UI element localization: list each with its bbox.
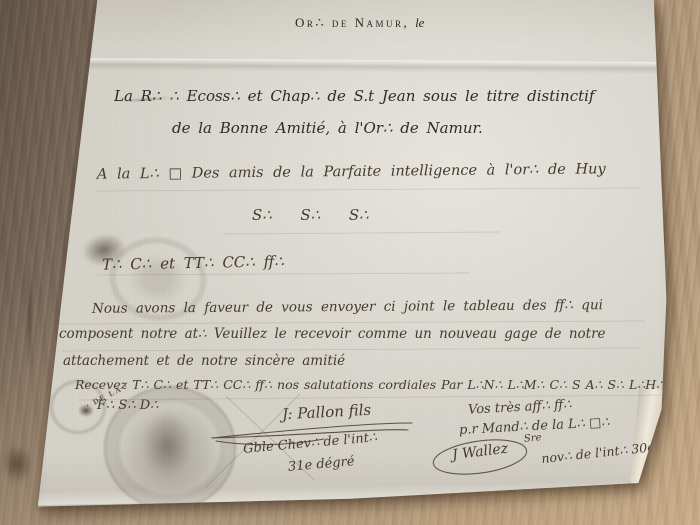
photo-canvas: { "photo": { "wood_color": "#9a8570", "p… [0,0,700,525]
letter-paper: · DE LA · [0,0,700,525]
lodge-title-line1: La R∴ ∴ Ecoss∴ et Chap∴ de S.t Jean sous… [114,87,595,105]
left-notation: F∴ S∴ D∴ [97,398,158,413]
triple-s-salutation: S∴ S∴ S∴ [252,206,369,224]
letterhead-le-text: le [415,15,424,30]
body-line-2: composent notre at∴ Veuillez le recevoir… [59,326,606,342]
printed-letterhead: Or∴ de Namur, le [295,15,424,31]
body-line-3: attachement et de notre sincère amitié [63,353,345,369]
greeting-line: T∴ C∴ et TT∴ CC∴ ff∴ [102,252,284,273]
lodge-title-line2: de la Bonne Amitié, à l'Or∴ de Namur. [172,119,483,137]
letterhead-orient-text: Or∴ de Namur, [295,15,409,30]
paper-shadow-wrapper: · DE LA · [0,0,700,525]
signature-right-suffix: Sre [523,432,542,445]
closing-line: Recevez T∴ C∴ et TT∴ CC∴ ff∴ nos salutat… [75,377,664,392]
